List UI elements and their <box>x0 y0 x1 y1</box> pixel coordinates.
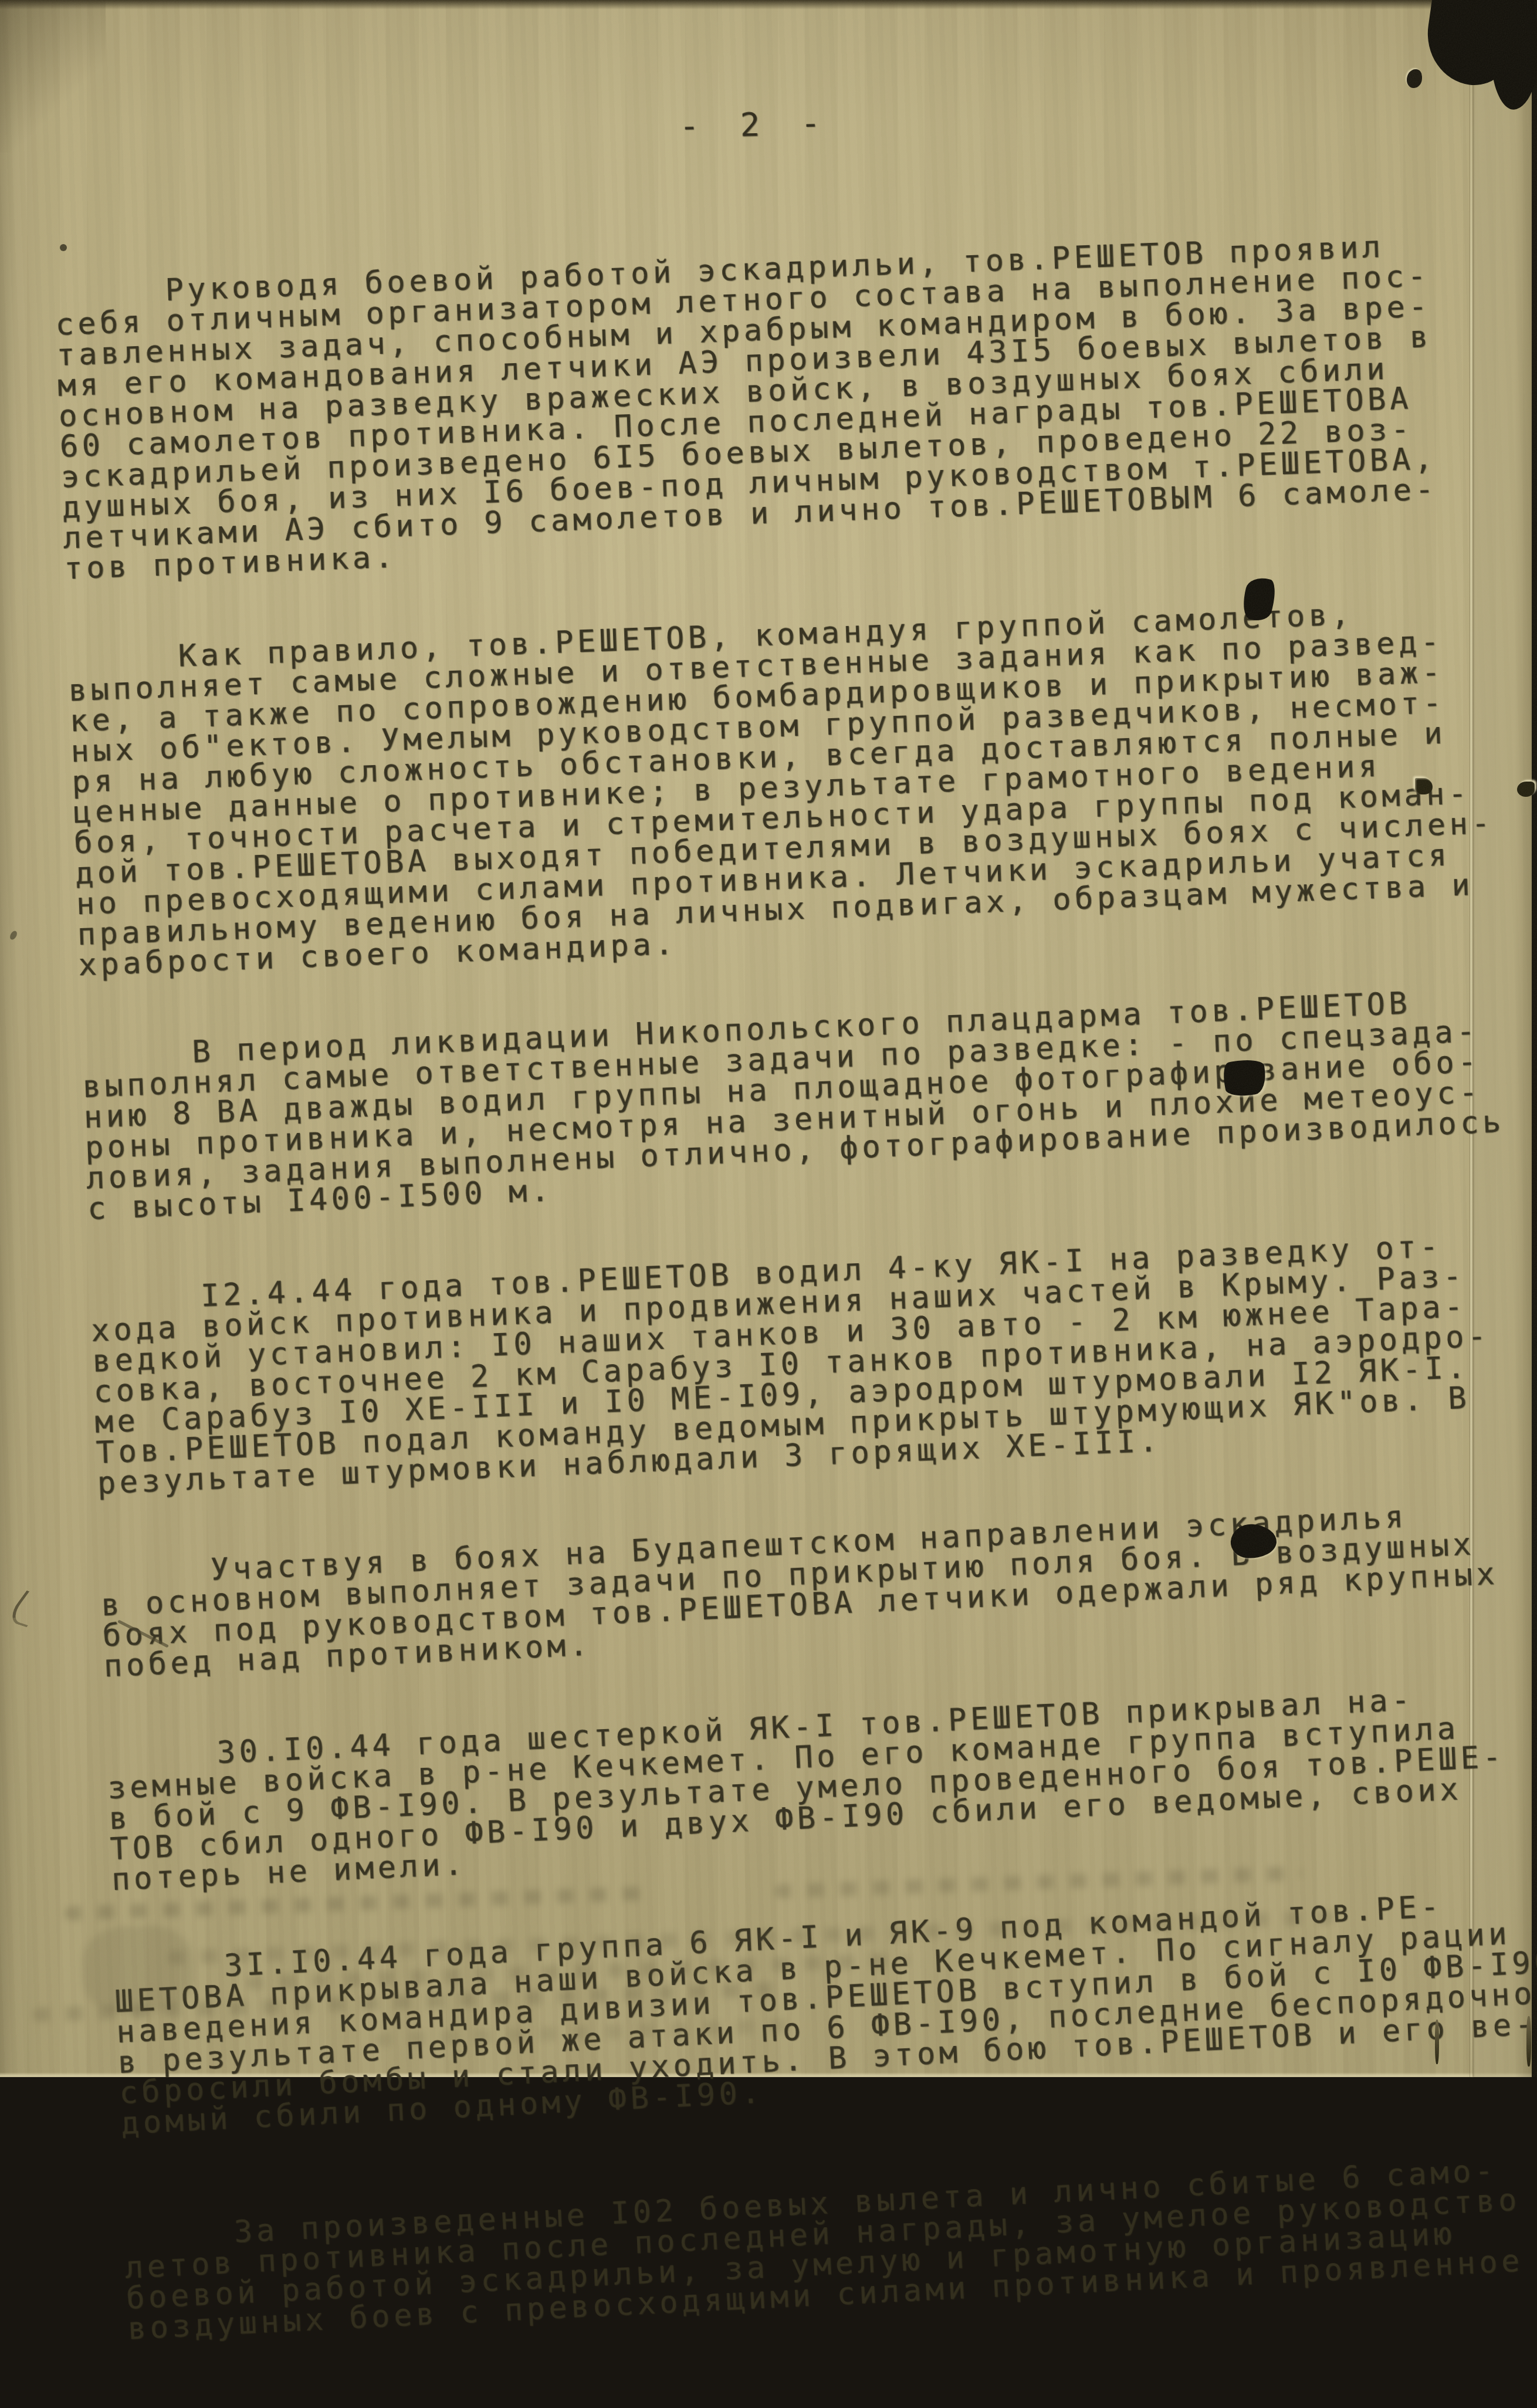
scan-top-edge <box>0 0 1537 9</box>
document-page: - 2 - Руководя боевой работой эскадрильи… <box>0 0 1537 2077</box>
paper-scratch <box>1435 2020 1439 2064</box>
paragraph-3: В период ликвидации Никопольского плацда… <box>81 983 1536 1225</box>
paper-hole <box>1517 782 1535 797</box>
paragraph-5: Участвуя в боях на Будапештском направле… <box>99 1496 1537 1682</box>
scan-corner-shadow <box>0 0 106 153</box>
paragraph-4: I2.4.44 года тов.РЕШЕТОВ водил 4-ку ЯК-I… <box>89 1227 1537 1499</box>
paper-scratch <box>1526 2016 1531 2067</box>
page-number: - 2 - <box>679 104 831 146</box>
paragraph-1: Руководя боевой работой эскадрильи, тов.… <box>54 228 1513 584</box>
bleed-through-smudge <box>80 1924 195 2016</box>
ink-speck <box>60 244 67 251</box>
paper-hole <box>1415 778 1433 794</box>
paragraph-6: 30.I0.44 года шестеркой ЯК-I тов.РЕШЕТОВ… <box>106 1678 1537 1895</box>
paragraph-2: Как правило, тов.РЕШЕТОВ, командуя групп… <box>67 593 1527 980</box>
typewritten-text: Руководя боевой работой эскадрильи, тов.… <box>52 167 1537 2077</box>
